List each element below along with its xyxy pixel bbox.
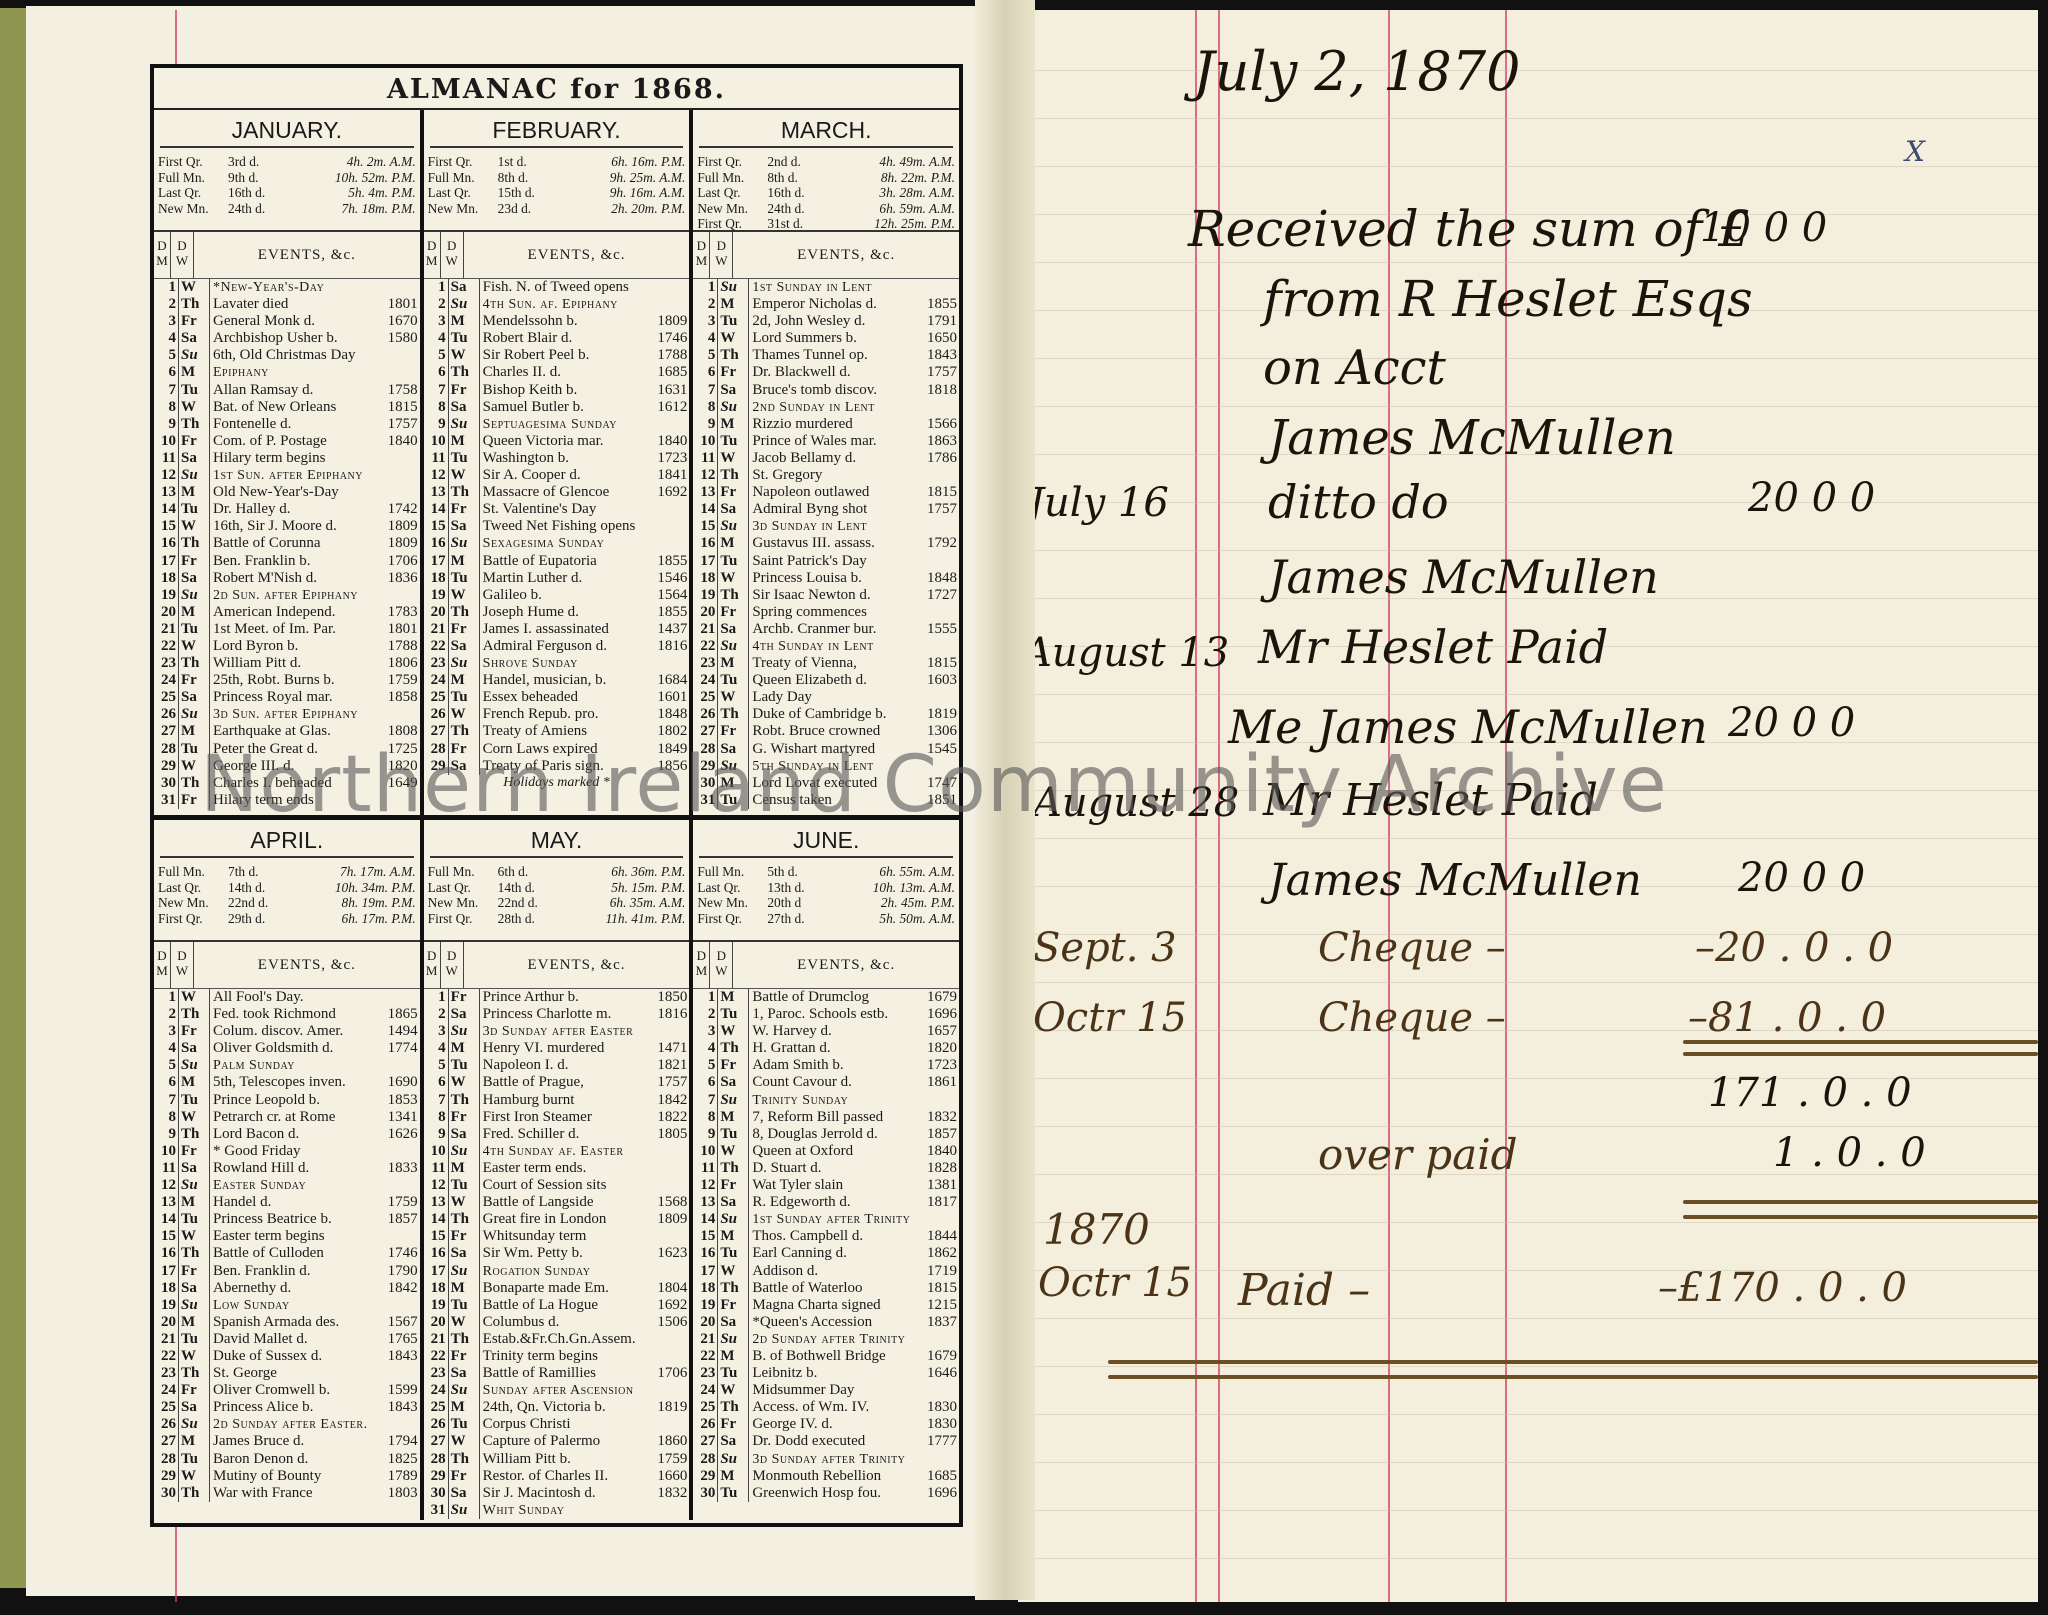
event-row: 27 Fr Robt. Bruce crowned 1306 — [693, 723, 959, 740]
book-cover-edge — [0, 8, 28, 1588]
ledger-entry-text: Mr Heslet Paid — [1258, 620, 1608, 674]
event-text: Palm Sunday — [210, 1057, 378, 1074]
event-row: 29 Fr Restor. of Charles II. 1660 — [424, 1468, 690, 1485]
weekday: Sa — [449, 1485, 480, 1502]
weekday: M — [179, 364, 210, 381]
event-text: Archb. Cranmer bur. — [749, 621, 917, 638]
day-number: 18 — [693, 1280, 718, 1297]
event-row: 10 Fr Com. of P. Postage 1840 — [154, 433, 420, 450]
day-number: 22 — [693, 1348, 718, 1365]
event-text: Queen Elizabeth d. — [749, 672, 917, 689]
day-number: 12 — [693, 1177, 718, 1194]
weekday: Su — [179, 1177, 210, 1194]
weekday: Tu — [718, 553, 749, 570]
event-year: 1786 — [917, 450, 959, 467]
day-number: 18 — [154, 1280, 179, 1297]
weekday: W — [179, 989, 210, 1006]
header-day-of-month: D M — [154, 232, 171, 278]
ledger-entry-text: ditto do — [1268, 475, 1449, 529]
event-text: Saint Patrick's Day — [749, 553, 917, 570]
day-number: 30 — [424, 1485, 449, 1502]
event-year — [378, 484, 420, 501]
event-year — [647, 1228, 689, 1245]
moon-day: 6th d. — [498, 864, 554, 880]
event-year: 1857 — [917, 1126, 959, 1143]
event-row: 20 W Columbus d. 1506 — [424, 1314, 690, 1331]
event-year: 1568 — [647, 1194, 689, 1211]
day-number: 15 — [154, 518, 179, 535]
weekday: Tu — [449, 450, 480, 467]
event-year: 1567 — [378, 1314, 420, 1331]
day-number: 17 — [693, 553, 718, 570]
ledger-faint-line — [1018, 1222, 2038, 1223]
event-row: 24 Su Sunday after Ascension — [424, 1382, 690, 1399]
weekday: Th — [449, 723, 480, 740]
event-row: 14 Sa Admiral Byng shot 1757 — [693, 501, 959, 518]
event-row: 23 M Treaty of Vienna, 1815 — [693, 655, 959, 672]
weekday: Fr — [449, 1468, 480, 1485]
event-year — [917, 518, 959, 535]
event-text: Handel d. — [210, 1194, 378, 1211]
event-year: 1840 — [917, 1143, 959, 1160]
moon-phase-row: Last Qr. 14th d. 5h. 15m. P.M. — [428, 880, 686, 896]
event-text: Earthquake at Glas. — [210, 723, 378, 740]
weekday: M — [718, 535, 749, 552]
event-text: Whitsunday term — [480, 1228, 648, 1245]
event-row: 1 Su 1st Sunday in Lent — [693, 279, 959, 296]
event-text: Com. of P. Postage — [210, 433, 378, 450]
day-number: 16 — [424, 535, 449, 552]
weekday: Th — [449, 1211, 480, 1228]
day-number: 30 — [154, 1485, 179, 1502]
event-row: 22 Sa Admiral Ferguson d. 1816 — [424, 638, 690, 655]
event-row: 13 M Handel d. 1759 — [154, 1194, 420, 1211]
event-year — [917, 1451, 959, 1468]
event-year: 1690 — [378, 1074, 420, 1091]
moon-phase-row: Last Qr. 15th d. 9h. 16m. A.M. — [428, 185, 686, 201]
weekday: Sa — [449, 399, 480, 416]
weekday: M — [449, 433, 480, 450]
event-text: Joseph Hume d. — [480, 604, 648, 621]
event-text: Adam Smith b. — [749, 1057, 917, 1074]
weekday: M — [449, 313, 480, 330]
event-text: Sir J. Macintosh d. — [480, 1485, 648, 1502]
event-row: 13 W Battle of Langside 1568 — [424, 1194, 690, 1211]
moon-time: 10h. 13m. A.M. — [823, 880, 955, 896]
day-number: 27 — [693, 1433, 718, 1450]
event-row: 10 Su 4th Sunday af. Easter — [424, 1143, 690, 1160]
overpaid-label: over paid — [1318, 1130, 1518, 1179]
day-number: 7 — [693, 382, 718, 399]
event-row: 11 M Easter term ends. — [424, 1160, 690, 1177]
event-year: 1818 — [917, 382, 959, 399]
moon-day: 16th d. — [228, 185, 284, 201]
weekday: Tu — [718, 1245, 749, 1262]
moon-day: 31st d. — [767, 216, 823, 232]
event-row: 3 Su 3d Sunday after Easter — [424, 1023, 690, 1040]
day-number: 23 — [693, 1365, 718, 1382]
ledger-total: 171 . 0 . 0 — [1708, 1070, 1912, 1116]
event-row: 17 M Battle of Eupatoria 1855 — [424, 553, 690, 570]
weekday: Sa — [449, 1006, 480, 1023]
event-year: 1742 — [378, 501, 420, 518]
day-number: 28 — [424, 1451, 449, 1468]
event-row: 24 W Midsummer Day — [693, 1382, 959, 1399]
event-year: 1806 — [378, 655, 420, 672]
weekday: Th — [449, 484, 480, 501]
event-year: 1692 — [647, 1297, 689, 1314]
weekday: M — [718, 989, 749, 1006]
event-row: 20 Sa *Queen's Accession 1837 — [693, 1314, 959, 1331]
event-text: American Independ. — [210, 604, 378, 621]
event-text: *Queen's Accession — [749, 1314, 917, 1331]
moon-phase: First Qr. — [697, 216, 767, 232]
day-number: 13 — [693, 484, 718, 501]
event-text: War with France — [210, 1485, 378, 1502]
day-number: 2 — [693, 296, 718, 313]
event-year — [917, 1382, 959, 1399]
header-events: EVENTS, &c. — [733, 232, 959, 278]
day-number: 22 — [424, 638, 449, 655]
event-text: *New-Year's-Day — [210, 279, 378, 296]
weekday: Su — [179, 1297, 210, 1314]
day-number: 6 — [424, 1074, 449, 1091]
event-text: Queen at Oxford — [749, 1143, 917, 1160]
event-year — [917, 399, 959, 416]
day-number: 20 — [424, 1314, 449, 1331]
event-year — [378, 1297, 420, 1314]
event-text: 3d Sun. after Epiphany — [210, 706, 378, 723]
day-number: 30 — [154, 775, 179, 792]
weekday: Th — [179, 1485, 210, 1502]
weekday: Su — [449, 296, 480, 313]
weekday: Th — [718, 587, 749, 604]
ledger-faint-line — [1018, 262, 2038, 263]
event-rows: 1 M Battle of Drumclog 1679 2 Tu 1, Paro… — [693, 989, 959, 1520]
event-year — [917, 689, 959, 706]
event-text: St. Valentine's Day — [480, 501, 648, 518]
event-row: 4 W Lord Summers b. 1650 — [693, 330, 959, 347]
weekday: Th — [449, 1092, 480, 1109]
day-number: 11 — [154, 450, 179, 467]
event-year: 1601 — [647, 689, 689, 706]
event-text: Admiral Ferguson d. — [480, 638, 648, 655]
weekday: Sa — [449, 638, 480, 655]
event-text: Napoleon I. d. — [480, 1057, 648, 1074]
event-row: 12 Th St. Gregory — [693, 467, 959, 484]
day-number: 24 — [424, 1382, 449, 1399]
weekday: Th — [449, 1451, 480, 1468]
event-row: 7 Tu Allan Ramsay d. 1758 — [154, 382, 420, 399]
event-row: 22 W Duke of Sussex d. 1843 — [154, 1348, 420, 1365]
day-number: 14 — [154, 501, 179, 518]
moon-phase: Last Qr. — [158, 185, 228, 201]
weekday: W — [449, 706, 480, 723]
weekday: M — [179, 1314, 210, 1331]
event-row: 16 Tu Earl Canning d. 1862 — [693, 1245, 959, 1262]
day-number: 7 — [424, 382, 449, 399]
moon-phase-row: Last Qr. 16th d. 5h. 4m. P.M. — [158, 185, 416, 201]
ledger-faint-line — [1018, 1126, 2038, 1127]
moon-phase-row: Full Mn. 6th d. 6h. 36m. P.M. — [428, 864, 686, 880]
ledger-entry-text: Cheque – — [1318, 925, 1506, 971]
event-text: 25th, Robt. Burns b. — [210, 672, 378, 689]
moon-day: 15th d. — [498, 185, 554, 201]
day-number: 4 — [424, 1040, 449, 1057]
event-year: 1858 — [378, 689, 420, 706]
day-number: 25 — [154, 1399, 179, 1416]
event-text: Samuel Butler b. — [480, 399, 648, 416]
event-text: Lord Bacon d. — [210, 1126, 378, 1143]
ledger-entry-amount: 10 0 0 — [1700, 205, 1827, 251]
weekday: Sa — [179, 1399, 210, 1416]
event-year: 1790 — [378, 1263, 420, 1280]
event-text: Columbus d. — [480, 1314, 648, 1331]
event-row: 7 Th Hamburg burnt 1842 — [424, 1092, 690, 1109]
event-text: Capture of Palermo — [480, 1433, 648, 1450]
event-text: Rogation Sunday — [480, 1263, 648, 1280]
total-underline — [1683, 1052, 2038, 1056]
event-year: 1848 — [917, 570, 959, 587]
ledger-entry-text: on Acct — [1263, 340, 1446, 396]
event-row: 26 Tu Corpus Christi — [424, 1416, 690, 1433]
event-row: 3 M Mendelssohn b. 1809 — [424, 313, 690, 330]
moon-phase: Full Mn. — [697, 864, 767, 880]
weekday: Sa — [718, 1194, 749, 1211]
event-text: Princess Royal mar. — [210, 689, 378, 706]
event-year — [647, 416, 689, 433]
event-text: Mutiny of Bounty — [210, 1468, 378, 1485]
event-row: 23 Th St. George — [154, 1365, 420, 1382]
weekday: Th — [449, 1331, 480, 1348]
day-number: 16 — [154, 535, 179, 552]
weekday: W — [179, 1109, 210, 1126]
moon-phase-row: New Mn. 23d d. 2h. 20m. P.M. — [428, 201, 686, 217]
moon-time: 11h. 41m. P.M. — [554, 911, 686, 927]
moon-time: 6h. 36m. P.M. — [554, 864, 686, 880]
event-year — [647, 655, 689, 672]
event-text: Battle of Corunna — [210, 535, 378, 552]
weekday: Fr — [718, 604, 749, 621]
weekday: Sa — [718, 1074, 749, 1091]
event-row: 25 Tu Essex beheaded 1601 — [424, 689, 690, 706]
weekday: Fr — [179, 313, 210, 330]
ledger-entry-amount: –81 . 0 . 0 — [1688, 995, 1886, 1041]
event-row: 14 Fr St. Valentine's Day — [424, 501, 690, 518]
day-number: 18 — [693, 570, 718, 587]
event-year: 1865 — [378, 1006, 420, 1023]
event-year — [378, 706, 420, 723]
event-row: 3 Fr General Monk d. 1670 — [154, 313, 420, 330]
event-year: 1855 — [917, 296, 959, 313]
event-text: 1st Meet. of Im. Par. — [210, 621, 378, 638]
day-number: 14 — [693, 1211, 718, 1228]
day-number: 24 — [154, 672, 179, 689]
event-row: 31 Su Whit Sunday — [424, 1502, 690, 1519]
weekday: Su — [718, 1331, 749, 1348]
day-number: 1 — [154, 279, 179, 296]
moon-day: 1st d. — [498, 154, 554, 170]
event-text: 2d, John Wesley d. — [749, 313, 917, 330]
day-number: 17 — [424, 553, 449, 570]
event-row: 23 Su Shrove Sunday — [424, 655, 690, 672]
day-number: 7 — [154, 382, 179, 399]
moon-time: 12h. 25m. P.M. — [823, 216, 955, 232]
moon-day: 28th d. — [498, 911, 554, 927]
event-text: Midsummer Day — [749, 1382, 917, 1399]
event-row: 6 Sa Count Cavour d. 1861 — [693, 1074, 959, 1091]
day-number: 12 — [424, 467, 449, 484]
weekday: M — [718, 296, 749, 313]
month-name: MARCH. — [699, 110, 953, 148]
weekday: Fr — [179, 553, 210, 570]
event-text: Epiphany — [210, 364, 378, 381]
event-row: 22 M B. of Bothwell Bridge 1679 — [693, 1348, 959, 1365]
event-row: 19 Su 2d Sun. after Epiphany — [154, 587, 420, 604]
event-year — [647, 518, 689, 535]
event-year: 1815 — [917, 484, 959, 501]
event-text: Charles II. d. — [480, 364, 648, 381]
event-year: 1757 — [917, 364, 959, 381]
weekday: W — [718, 1263, 749, 1280]
event-row: 28 Su 3d Sunday after Trinity — [693, 1451, 959, 1468]
moon-time: 2h. 45m. P.M. — [823, 895, 955, 911]
day-number: 26 — [693, 1416, 718, 1433]
event-row: 7 Fr Bishop Keith b. 1631 — [424, 382, 690, 399]
weekday: Tu — [718, 1365, 749, 1382]
event-year: 1723 — [647, 450, 689, 467]
weekday: M — [718, 655, 749, 672]
ledger-faint-line — [1018, 1366, 2038, 1367]
event-text: Septuagesima Sunday — [480, 416, 648, 433]
ledger-faint-line — [1018, 1318, 2038, 1319]
weekday: Tu — [449, 1297, 480, 1314]
day-number: 4 — [154, 1040, 179, 1057]
day-number: 1 — [693, 279, 718, 296]
header-day-of-week: D W — [710, 232, 733, 278]
weekday: Su — [179, 467, 210, 484]
event-text: Martin Luther d. — [480, 570, 648, 587]
day-number: 21 — [693, 1331, 718, 1348]
moon-day: 8th d. — [498, 170, 554, 186]
event-year: 1843 — [378, 1399, 420, 1416]
weekday: Fr — [718, 1416, 749, 1433]
event-text: B. of Bothwell Bridge — [749, 1348, 917, 1365]
event-text: St. George — [210, 1365, 378, 1382]
event-year: 1853 — [378, 1092, 420, 1109]
day-number: 6 — [154, 364, 179, 381]
total-underline — [1683, 1040, 2038, 1044]
event-text: Bat. of New Orleans — [210, 399, 378, 416]
event-rows: 1 Fr Prince Arthur b. 1850 2 Sa Princess… — [424, 989, 690, 1520]
day-number: 27 — [424, 1433, 449, 1450]
event-text: Magna Charta signed — [749, 1297, 917, 1314]
weekday: M — [449, 553, 480, 570]
event-row: 24 Tu Queen Elizabeth d. 1603 — [693, 672, 959, 689]
event-year: 1842 — [378, 1280, 420, 1297]
month-column: JUNE. Full Mn. 5th d. 6h. 55m. A.M. Last… — [693, 820, 959, 1520]
header-events: EVENTS, &c. — [194, 232, 420, 278]
moon-day: 8th d. — [767, 170, 823, 186]
moon-phase: First Qr. — [697, 911, 767, 927]
event-row: 6 Fr Dr. Blackwell d. 1757 — [693, 364, 959, 381]
day-number: 3 — [693, 313, 718, 330]
event-year: 1599 — [378, 1382, 420, 1399]
event-year — [917, 279, 959, 296]
event-year: 1670 — [378, 313, 420, 330]
event-text: James Bruce d. — [210, 1433, 378, 1450]
day-number: 16 — [154, 1245, 179, 1262]
moon-phase-row: First Qr. 2nd d. 4h. 49m. A.M. — [697, 154, 955, 170]
day-number: 8 — [424, 1109, 449, 1126]
day-number: 25 — [693, 689, 718, 706]
day-number: 15 — [693, 518, 718, 535]
event-row: 1 W *New-Year's-Day — [154, 279, 420, 296]
weekday: Th — [179, 296, 210, 313]
moon-phase: Full Mn. — [428, 170, 498, 186]
event-row: 10 M Queen Victoria mar. 1840 — [424, 433, 690, 450]
event-year: 1612 — [647, 399, 689, 416]
event-row: 21 Th Estab.&Fr.Ch.Gn.Assem. — [424, 1331, 690, 1348]
event-row: 17 W Addison d. 1719 — [693, 1263, 959, 1280]
event-row: 2 Th Lavater died 1801 — [154, 296, 420, 313]
event-text: Princess Charlotte m. — [480, 1006, 648, 1023]
moon-day: 24th d. — [767, 201, 823, 217]
event-row: 20 Fr Spring commences — [693, 604, 959, 621]
day-number: 15 — [424, 1228, 449, 1245]
event-text: * Good Friday — [210, 1143, 378, 1160]
event-year: 1783 — [378, 604, 420, 621]
event-year: 1862 — [917, 1245, 959, 1262]
day-number: 22 — [154, 638, 179, 655]
weekday: M — [718, 416, 749, 433]
moon-day: 14th d. — [228, 880, 284, 896]
event-text: General Monk d. — [210, 313, 378, 330]
weekday: Su — [179, 347, 210, 364]
weekday: Th — [718, 706, 749, 723]
event-year: 1696 — [917, 1006, 959, 1023]
moon-phase-row: Full Mn. 9th d. 10h. 52m. P.M. — [158, 170, 416, 186]
event-year: 1809 — [378, 518, 420, 535]
day-number: 26 — [424, 1416, 449, 1433]
weekday: W — [449, 1433, 480, 1450]
event-text: Princess Louisa b. — [749, 570, 917, 587]
moon-phase: New Mn. — [697, 895, 767, 911]
day-number: 31 — [424, 1502, 449, 1519]
day-number: 4 — [693, 1040, 718, 1057]
day-number: 26 — [154, 706, 179, 723]
moon-time: 9h. 25m. A.M. — [554, 170, 686, 186]
event-text: Bishop Keith b. — [480, 382, 648, 399]
day-number: 13 — [154, 1194, 179, 1211]
day-number: 25 — [424, 1399, 449, 1416]
event-text: Sir Wm. Petty b. — [480, 1245, 648, 1262]
event-row: 18 Sa Robert M'Nish d. 1836 — [154, 570, 420, 587]
event-year: 1837 — [917, 1314, 959, 1331]
weekday: Th — [179, 1126, 210, 1143]
event-text: Baron Denon d. — [210, 1451, 378, 1468]
event-text: Robt. Bruce crowned — [749, 723, 917, 740]
ledger-faint-line — [1018, 1414, 2038, 1415]
event-text: Handel, musician, b. — [480, 672, 648, 689]
day-number: 5 — [424, 1057, 449, 1074]
event-text: St. Gregory — [749, 467, 917, 484]
event-year: 1759 — [378, 1194, 420, 1211]
moon-phase-row: First Qr. 3rd d. 4h. 2m. A.M. — [158, 154, 416, 170]
weekday: Tu — [179, 621, 210, 638]
event-year: 1679 — [917, 1348, 959, 1365]
day-number: 22 — [154, 1348, 179, 1365]
